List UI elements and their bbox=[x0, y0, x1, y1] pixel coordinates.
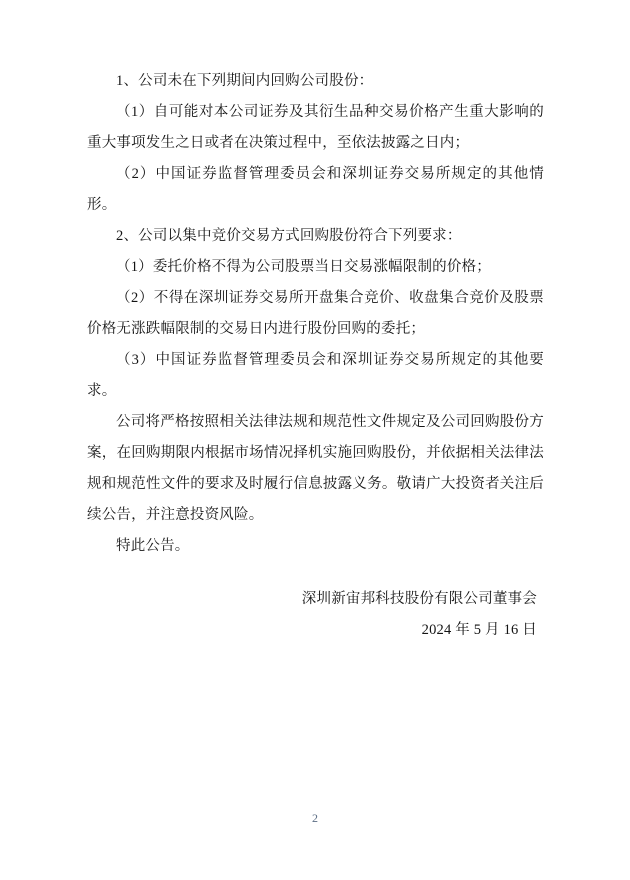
page-number: 2 bbox=[0, 808, 630, 828]
paragraph-subitem-1-2: （2）中国证券监督管理委员会和深圳证券交易所规定的其他情形。 bbox=[87, 159, 544, 221]
paragraph-subitem-2-3: （3）中国证券监督管理委员会和深圳证券交易所规定的其他要求。 bbox=[87, 345, 544, 407]
signature-date: 2024 年 5 月 16 日 bbox=[87, 615, 537, 646]
document-page: 1、公司未在下列期间内回购公司股份： （1）自可能对本公司证券及其衍生品种交易价… bbox=[0, 0, 630, 880]
paragraph-item-1: 1、公司未在下列期间内回购公司股份： bbox=[87, 66, 544, 97]
paragraph-announcement-note: 特此公告。 bbox=[87, 531, 544, 562]
signature-block: 深圳新宙邦科技股份有限公司董事会 2024 年 5 月 16 日 bbox=[87, 584, 544, 646]
paragraph-subitem-1-1: （1）自可能对本公司证券及其衍生品种交易价格产生重大影响的重大事项发生之日或者在… bbox=[87, 97, 544, 159]
document-body: 1、公司未在下列期间内回购公司股份： （1）自可能对本公司证券及其衍生品种交易价… bbox=[87, 66, 544, 646]
paragraph-item-2: 2、公司以集中竞价交易方式回购股份符合下列要求： bbox=[87, 221, 544, 252]
signature-company: 深圳新宙邦科技股份有限公司董事会 bbox=[87, 584, 537, 615]
paragraph-subitem-2-1: （1）委托价格不得为公司股票当日交易涨幅限制的价格； bbox=[87, 252, 544, 283]
paragraph-subitem-2-2: （2）不得在深圳证券交易所开盘集合竞价、收盘集合竞价及股票价格无涨跌幅限制的交易… bbox=[87, 283, 544, 345]
paragraph-closing-statement: 公司将严格按照相关法律法规和规范性文件规定及公司回购股份方案，在回购期限内根据市… bbox=[87, 407, 544, 531]
